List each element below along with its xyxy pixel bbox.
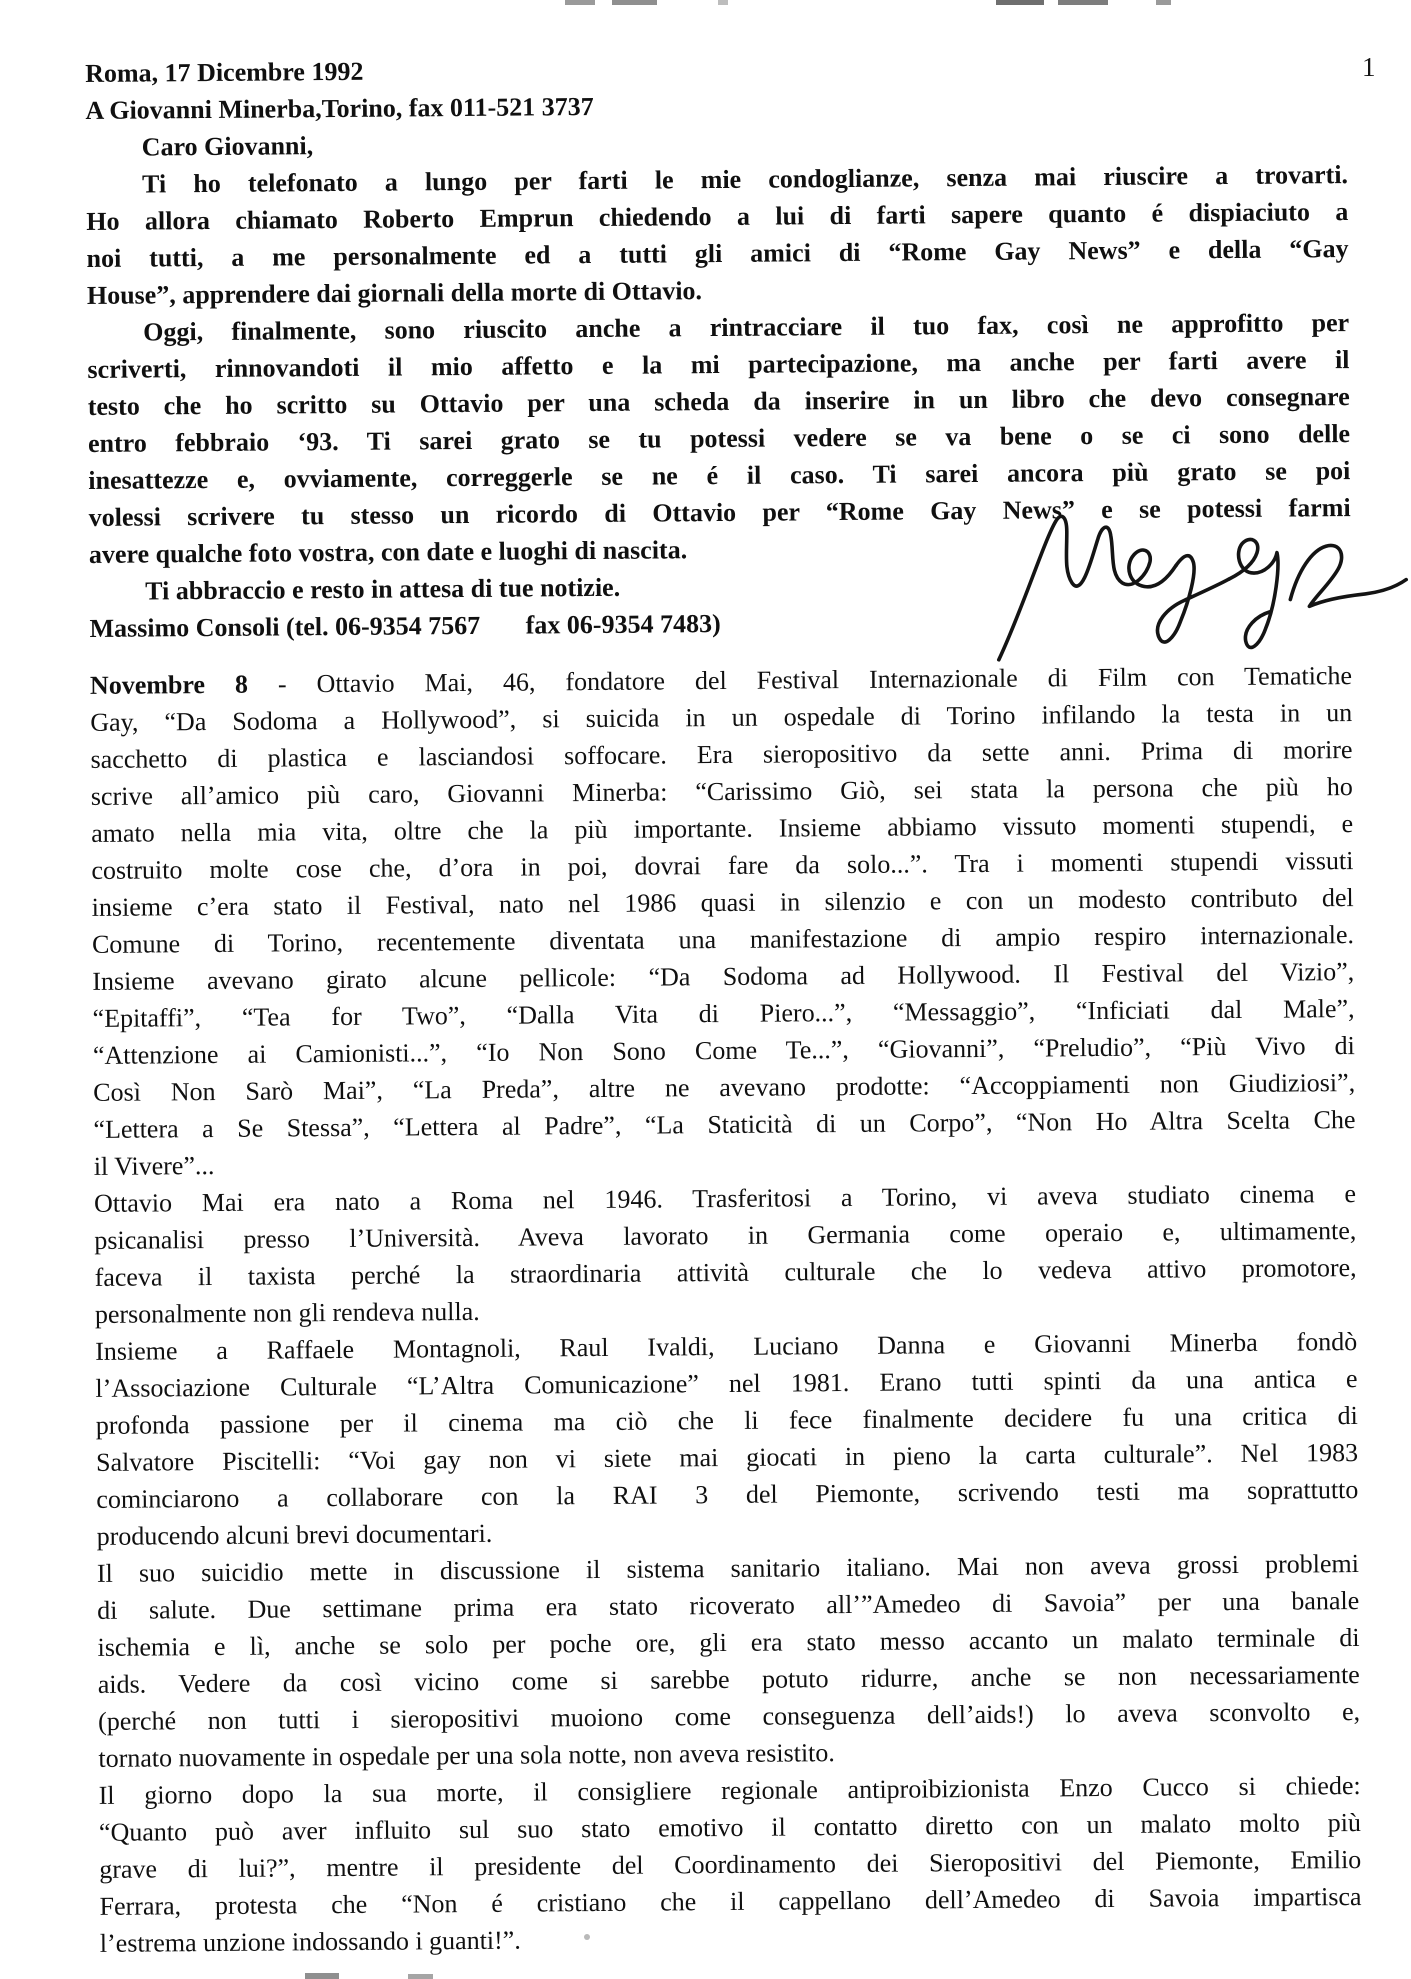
article-body: Novembre 8 - Ottavio Mai, 46, fondatore …: [90, 657, 1362, 1962]
scan-artifact: [718, 0, 728, 5]
scan-artifact: [408, 1974, 433, 1979]
scan-artifact: [305, 1973, 339, 1979]
scan-artifact: [584, 1934, 590, 1940]
letter-body: Roma, 17 Dicembre 1992A Giovanni Minerba…: [85, 45, 1352, 647]
page-number: 1: [1362, 52, 1376, 83]
scan-artifact: [996, 0, 1044, 5]
scan-artifact: [612, 0, 657, 5]
scan-artifact: [1058, 0, 1108, 5]
scanned-letter-page: 1 Roma, 17 Dicembre 1992A Giovanni Miner…: [0, 0, 1411, 1979]
scan-artifact: [1156, 0, 1171, 5]
scan-artifact: [565, 0, 595, 5]
document-content: Roma, 17 Dicembre 1992A Giovanni Minerba…: [85, 45, 1362, 1962]
